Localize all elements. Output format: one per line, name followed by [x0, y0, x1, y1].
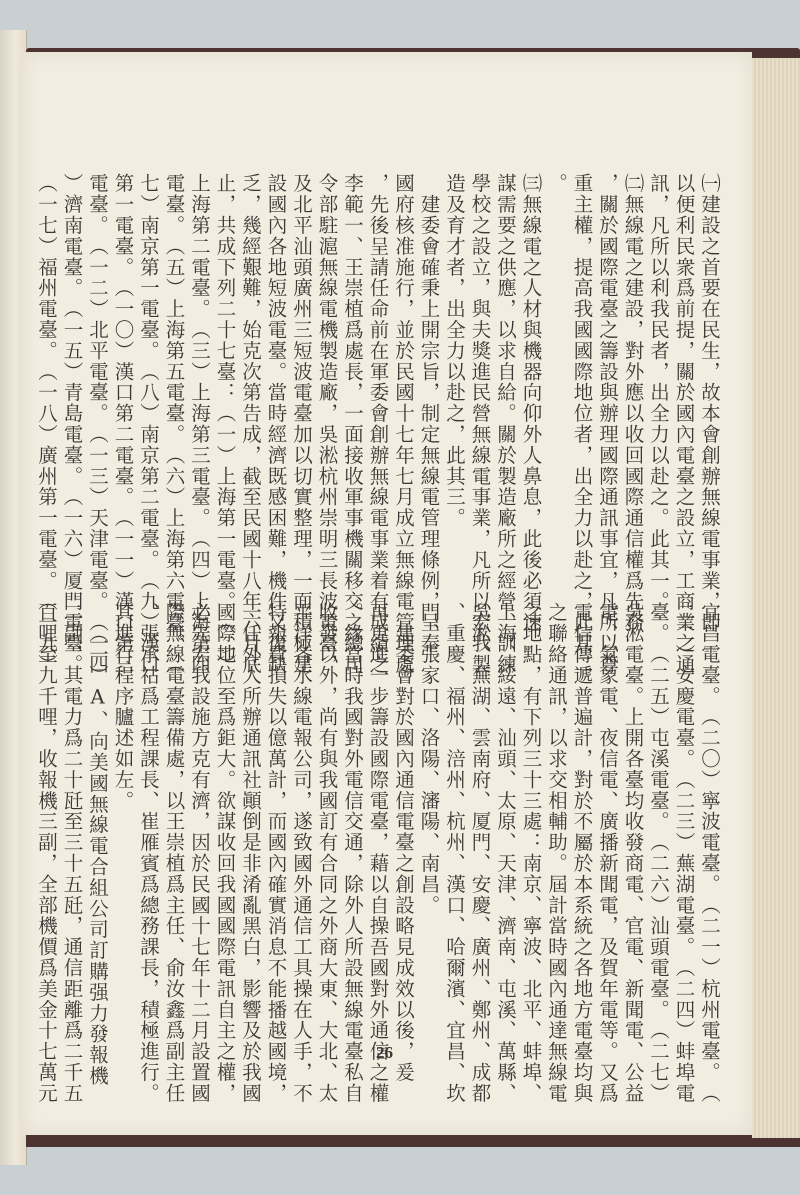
- text-column: 必先宏我設施方克有濟，因於民國十七年十二月設置國: [187, 602, 213, 1034]
- text-column: ︵一︶A、向美國無線電合組公司訂購强力發報機: [85, 602, 111, 1034]
- text-column: 之地點，有下列三十三處：南京、寧波、北平、蚌埠、: [518, 602, 544, 1034]
- text-column: 百哩至九千哩，收報機三副，全部機價爲美金十七萬元: [34, 602, 60, 1034]
- text-column: 特報費損失以億萬計，而國內確實消息不能播越國境，: [263, 602, 289, 1034]
- text-column: 建委會對於國內通信電臺之創設略見成效以後，爰: [391, 602, 417, 1034]
- text-column: 乏，幾經艱難，始克次第告成，截至民國十八年六月底: [238, 173, 264, 593]
- text-column: 以便利民衆爲前提，關於國內電臺之設立，工商業之通: [671, 173, 697, 593]
- text-column: 上海第二電臺。︵三︶上海第三電臺。︵四︶上海第四: [187, 173, 213, 593]
- text-column: 電、氣象電、夜信電、廣播新聞電，及賀年電等。又爲: [595, 602, 621, 1034]
- upper-text-block: ㈠建設之首要在民生，故本會創辦無線電事業，即 以便利民衆爲前提，關於國內電臺之設…: [34, 173, 723, 593]
- text-column: 吳淞、蕪湖、雲南府、厦門、安慶、廣州、鄭州、成都: [467, 602, 493, 1034]
- page-number: 26: [376, 1043, 393, 1063]
- text-column: 電臺。︵五︶上海第五電臺。︵六︶上海第六電臺。︵: [161, 173, 187, 593]
- text-column: 宜昌電臺。︵二〇︶寧波電臺。︵二一︶杭州電臺。︵: [697, 602, 723, 1034]
- text-column: ︶濟南電臺。︵一五︶青島電臺。︵一六︶厦門電臺。: [59, 173, 85, 593]
- text-column: ㈠建設之首要在民生，故本會創辦無線電事業，即: [697, 173, 723, 593]
- text-column: 李範一、王崇植爲處長，一面接收軍事機關移交之總司: [340, 173, 366, 593]
- text-column: 臺。︵二五︶屯溪電臺。︵二六︶汕頭電臺。︵二七︶: [646, 602, 672, 1034]
- text-column: 二二︶安慶電臺。︵二三︶蕪湖電臺。︵二四︶蚌埠電: [671, 602, 697, 1034]
- text-column: 建委會確秉上開宗旨，制定無線電管理條例，呈奉: [416, 173, 442, 593]
- text-column: 。緣當時我國對外電信交通，除外人所設無線電臺私自: [340, 602, 366, 1034]
- text-column: ㈢無線電之人材與機器向仰外人鼻息，此後必須速: [518, 173, 544, 593]
- book-cover-bottom: [26, 1133, 800, 1147]
- text-column: 、重慶、福州、涪州、杭州、漢口、哈爾濱、宜昌、坎: [442, 602, 468, 1034]
- text-column: 電臺。︵一二︶北平電臺。︵一三︶天津電臺。︵一四: [85, 173, 111, 593]
- text-column: 收發以外，尚有與我國訂有合同之外商大東、大北、太: [314, 602, 340, 1034]
- text-column: 謀需要之供應，以求自給。關於製造廠所之經營、訓練: [493, 173, 519, 593]
- text-column: ，先後呈請任命前在軍委會創辦無線電事業着有成績之: [365, 173, 391, 593]
- text-column: ︵一七︶福州電臺。︵一八︶廣州第一電臺。︵一九︶: [34, 173, 60, 593]
- text-column: 。: [544, 173, 570, 593]
- text-column: 及北平汕頭廣州三短波電臺加以切實整理，一面積極建: [289, 173, 315, 593]
- text-column: 二副，其電力爲二十瓩至三十五瓩，通信距離爲二千五: [59, 602, 85, 1034]
- lower-text-block: 宜昌電臺。︵二〇︶寧波電臺。︵二一︶杭州電臺。︵ 二二︶安慶電臺。︵二三︶蕪湖電…: [34, 602, 723, 1034]
- text-column: 門、張家口、洛陽、瀋陽、南昌。: [416, 602, 442, 1034]
- text-column: 其進行程序臚述如左。: [110, 602, 136, 1034]
- text-column: 學校之設立，與夫獎進民營無線電事業，凡所以宏我製: [467, 173, 493, 593]
- text-column: 止，共成下列二十七臺：︵一︶上海第一電臺。︵二︶: [212, 173, 238, 593]
- text-column: ㈡無線電之建設，對外應以收回國際通信權爲先務: [620, 173, 646, 593]
- page-stack-edge: [752, 58, 800, 1138]
- text-column: 平洋各水線電報公司，遂致國外通信工具操在人手，不: [289, 602, 315, 1034]
- text-column: 七︶南京第一電臺。︵八︶南京第二電臺。︵九︶漢口: [136, 173, 162, 593]
- text-column: 之聯絡通訊，以求交相輔助。屆計當時國內通達無線電: [544, 602, 570, 1034]
- text-column: 令部駐滬無線電機製造廠，吳淞杭州崇明三長波電臺，: [314, 173, 340, 593]
- text-column: 國府核准施行，並於民國十七年七月成立無線電管理處: [391, 173, 417, 593]
- text-column: 吳淞電臺。上開各臺均收發商電、官電、新聞電、公益: [620, 602, 646, 1034]
- text-column: 第一電臺。︵一〇︶漢口第二電臺。︵一一︶漢口第三: [110, 173, 136, 593]
- text-column: 上海、綏遠、汕頭、太原、天津、濟南、屯溪、萬縣、: [493, 602, 519, 1034]
- text-column: 國際地位至爲鉅大。欲謀收回我國國際電訊自主之權，: [212, 602, 238, 1034]
- text-column: 重主權，提高我國國際地位者，出全力以赴之，此其二: [569, 173, 595, 593]
- text-column: 、張承祜爲工程課長、崔雁賓爲總務課長，積極進行。: [136, 602, 162, 1034]
- text-column: ，關於國際電臺之籌設與辦理國際通訊事宜，凡所以尊: [595, 173, 621, 593]
- text-column: 設國內各地短波電臺。當時經濟既感困難，機件又復缺: [263, 173, 289, 593]
- text-column: 電信傳遞普遍計，對於不屬於本系統之各地方電臺均與: [569, 602, 595, 1034]
- text-column: 造及育才者，出全力以赴之，此其三。: [442, 173, 468, 593]
- text-column: 際無線電臺籌備處，以王崇植爲主任、俞汝鑫爲副主任: [161, 602, 187, 1034]
- text-column: 再更進一步籌設國際電臺，藉以自操吾國對外通信之權: [365, 602, 391, 1034]
- text-column: 訊，凡所以利我民者，出全力以赴之。此其一。: [646, 173, 672, 593]
- text-column: 一任外人所辦通訊社顚倒是非淆亂黑白，影響及於我國: [238, 602, 264, 1034]
